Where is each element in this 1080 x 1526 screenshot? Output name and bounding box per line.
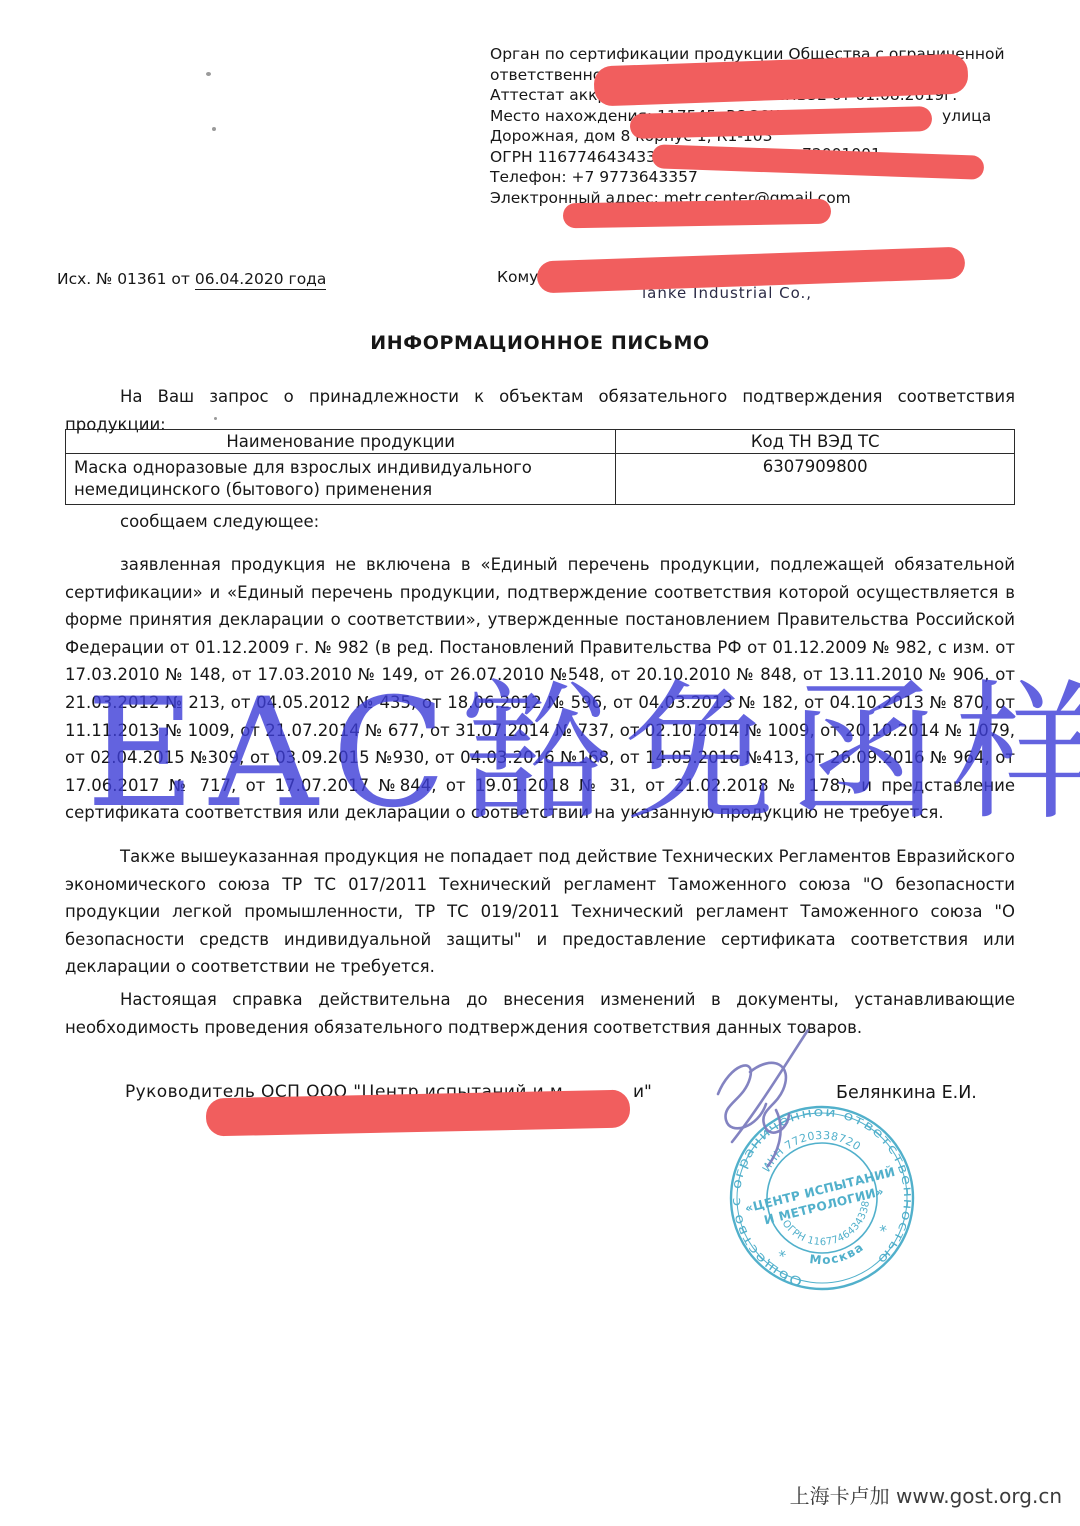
outgoing-prefix: Исх. № 01361 от xyxy=(57,270,195,288)
tnved-code-cell: 6307909800 xyxy=(616,454,1015,505)
product-name-cell: Маска одноразовые для взрослых индивидуа… xyxy=(66,454,616,505)
ogrn-visible: ОГРН 116774643433 xyxy=(490,148,656,166)
stamp-star-left: * xyxy=(777,1246,789,1265)
location-tail: улица xyxy=(942,106,991,127)
signer-role-tail: и" xyxy=(633,1082,652,1102)
redaction-mark-signer-role xyxy=(206,1090,631,1137)
letter-title: ИНФОРМАЦИОННОЕ ПИСЬМО xyxy=(65,332,1015,354)
after-table-text: сообщаем следующее: xyxy=(120,512,319,531)
handwritten-signature xyxy=(680,1012,860,1172)
col-header-product-name: Наименование продукции xyxy=(66,430,616,454)
col-header-tnved-code: Код ТН ВЭД ТС xyxy=(616,430,1015,454)
scan-speck xyxy=(212,127,216,131)
stamp-star-right: * xyxy=(878,1221,890,1240)
redaction-mark-under-email xyxy=(563,199,831,229)
body-paragraph-3: Настоящая справка действительна до внесе… xyxy=(65,986,1015,1041)
product-table: Наименование продукции Код ТН ВЭД ТС Мас… xyxy=(65,429,1015,505)
table-header-row: Наименование продукции Код ТН ВЭД ТС xyxy=(66,430,1015,454)
scan-speck xyxy=(206,72,211,76)
body-paragraph-2: Также вышеуказанная продукция не попадае… xyxy=(65,843,1015,981)
outgoing-date: 06.04.2020 года xyxy=(195,270,327,290)
watermark-text: EAC豁免函样本 xyxy=(86,664,1080,844)
table-row: Маска одноразовые для взрослых индивидуа… xyxy=(66,454,1015,505)
outgoing-reference: Исх. № 01361 от 06.04.2020 года xyxy=(57,270,326,288)
footer-source-text: 上海卡卢加 www.gost.org.cn xyxy=(790,1480,1062,1509)
signer-name: Белянкина Е.И. xyxy=(836,1083,977,1103)
